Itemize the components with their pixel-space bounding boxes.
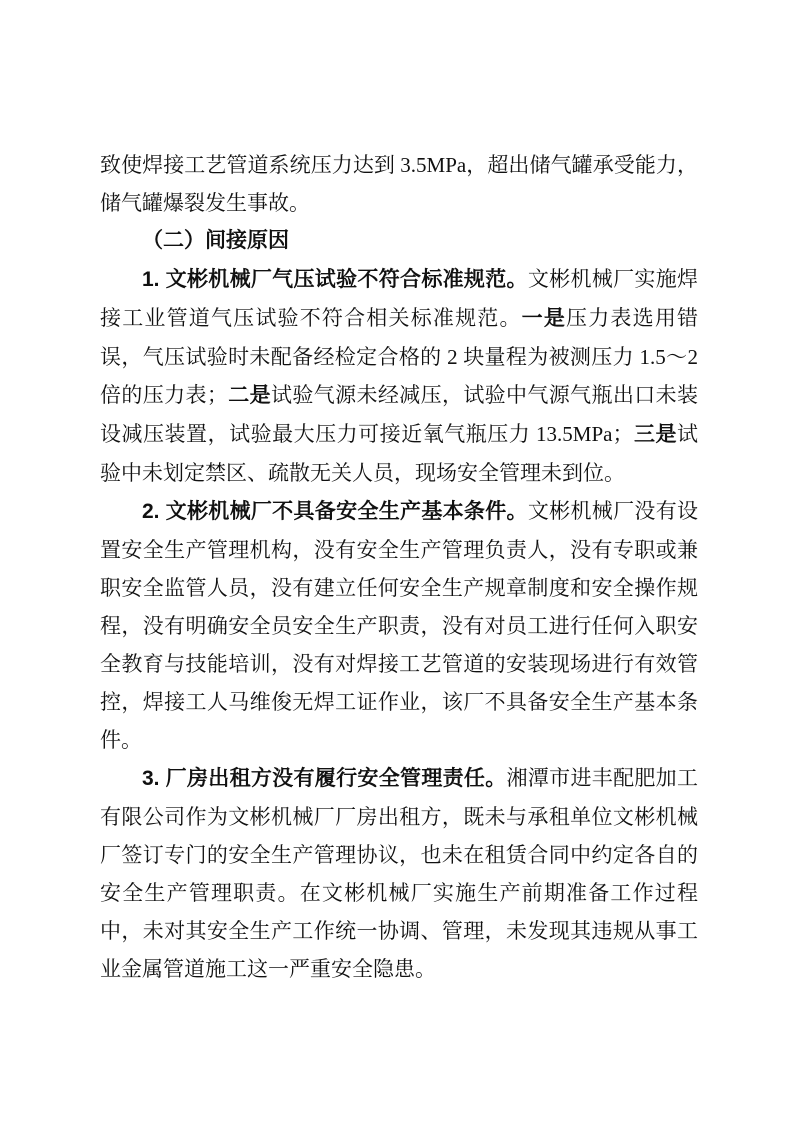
text-run-bold: 一是: [522, 307, 566, 330]
text-run: 湘潭市进丰配肥加工有限公司作为文彬机械厂厂房出租方，既未与承租单位文彬机械厂签订…: [100, 766, 698, 981]
text-run-bold: 二是: [228, 384, 271, 407]
paragraph-cause-1: 1. 文彬机械厂气压试验不符合标准规范。文彬机械厂实施焊接工业管道气压试验不符合…: [100, 260, 698, 492]
text-run-bold: 2. 文彬机械厂不具备安全生产基本条件。: [142, 500, 528, 523]
text-run-bold: 三是: [633, 423, 677, 446]
paragraph-continuation: 致使焊接工艺管道系统压力达到 3.5MPa，超出储气罐承受能力，储气罐爆裂发生事…: [100, 146, 698, 222]
document-page: 致使焊接工艺管道系统压力达到 3.5MPa，超出储气罐承受能力，储气罐爆裂发生事…: [0, 0, 793, 1122]
paragraph-cause-3: 3. 厂房出租方没有履行安全管理责任。湘潭市进丰配肥加工有限公司作为文彬机械厂厂…: [100, 759, 698, 988]
text-run-bold: 1. 文彬机械厂气压试验不符合标准规范。: [142, 268, 528, 291]
text-run: 文彬机械厂没有设置安全生产管理机构，没有安全生产管理负责人，没有专职或兼职安全监…: [100, 499, 698, 752]
text-run-bold: 3. 厂房出租方没有履行安全管理责任。: [142, 767, 507, 790]
section-heading-indirect-causes: （二）间接原因: [100, 222, 698, 260]
text-run: 致使焊接工艺管道系统压力达到 3.5MPa，超出储气罐承受能力，储气罐爆裂发生事…: [100, 153, 698, 215]
paragraph-cause-2: 2. 文彬机械厂不具备安全生产基本条件。文彬机械厂没有设置安全生产管理机构，没有…: [100, 492, 698, 759]
heading-text: （二）间接原因: [142, 229, 289, 252]
document-body: 致使焊接工艺管道系统压力达到 3.5MPa，超出储气罐承受能力，储气罐爆裂发生事…: [100, 146, 698, 988]
